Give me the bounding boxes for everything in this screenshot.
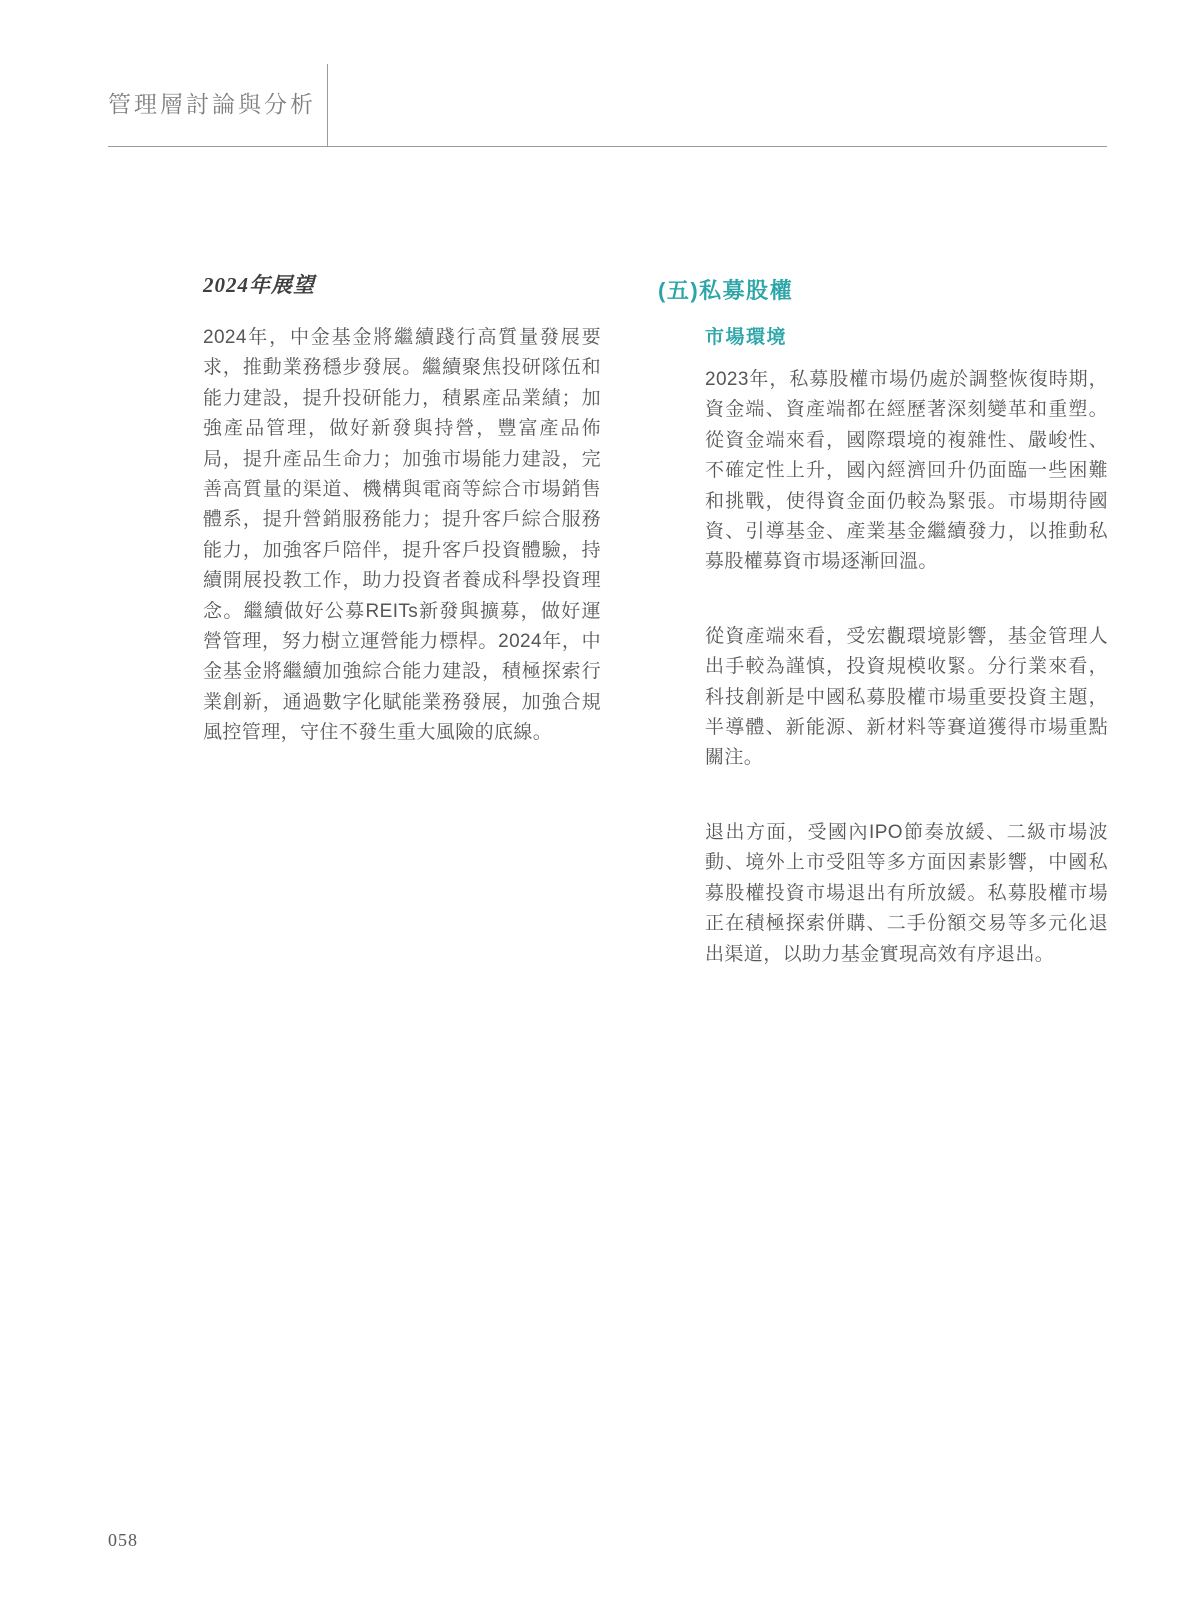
market-environment-subsection: 市場環境 2023年，私募股權市場仍處於調整恢復時期，資金端、資產端都在經歷著深… — [705, 327, 1108, 970]
private-equity-section-heading: (五)私募股權 — [658, 278, 1108, 304]
market-environment-paragraph-1: 2023年，私募股權市場仍處於調整恢復時期，資金端、資產端都在經歷著深刻變革和重… — [705, 365, 1108, 578]
market-environment-paragraph-3: 退出方面，受國內IPO節奏放緩、二級市場波動、境外上市受阻等多方面因素影響，中國… — [705, 818, 1108, 970]
header-vertical-rule — [327, 64, 328, 147]
outlook-2024-paragraph: 2024年，中金基金將繼續踐行高質量發展要求，推動業務穩步發展。繼續聚焦投研隊伍… — [203, 323, 601, 749]
outlook-2024-heading: 2024年展望 — [203, 272, 601, 298]
right-column: (五)私募股權 市場環境 2023年，私募股權市場仍處於調整恢復時期，資金端、資… — [658, 278, 1108, 970]
document-page: 管理層討論與分析 2024年展望 2024年，中金基金將繼續踐行高質量發展要求，… — [0, 0, 1190, 1615]
header-horizontal-rule — [108, 146, 1107, 147]
market-environment-heading: 市場環境 — [705, 327, 1108, 349]
market-environment-paragraph-2: 從資產端來看，受宏觀環境影響，基金管理人出手較為謹慎，投資規模收緊。分行業來看，… — [705, 622, 1108, 774]
left-column: 2024年展望 2024年，中金基金將繼續踐行高質量發展要求，推動業務穩步發展。… — [203, 272, 601, 749]
page-number: 058 — [108, 1530, 138, 1551]
page-header-title: 管理層討論與分析 — [108, 90, 316, 120]
